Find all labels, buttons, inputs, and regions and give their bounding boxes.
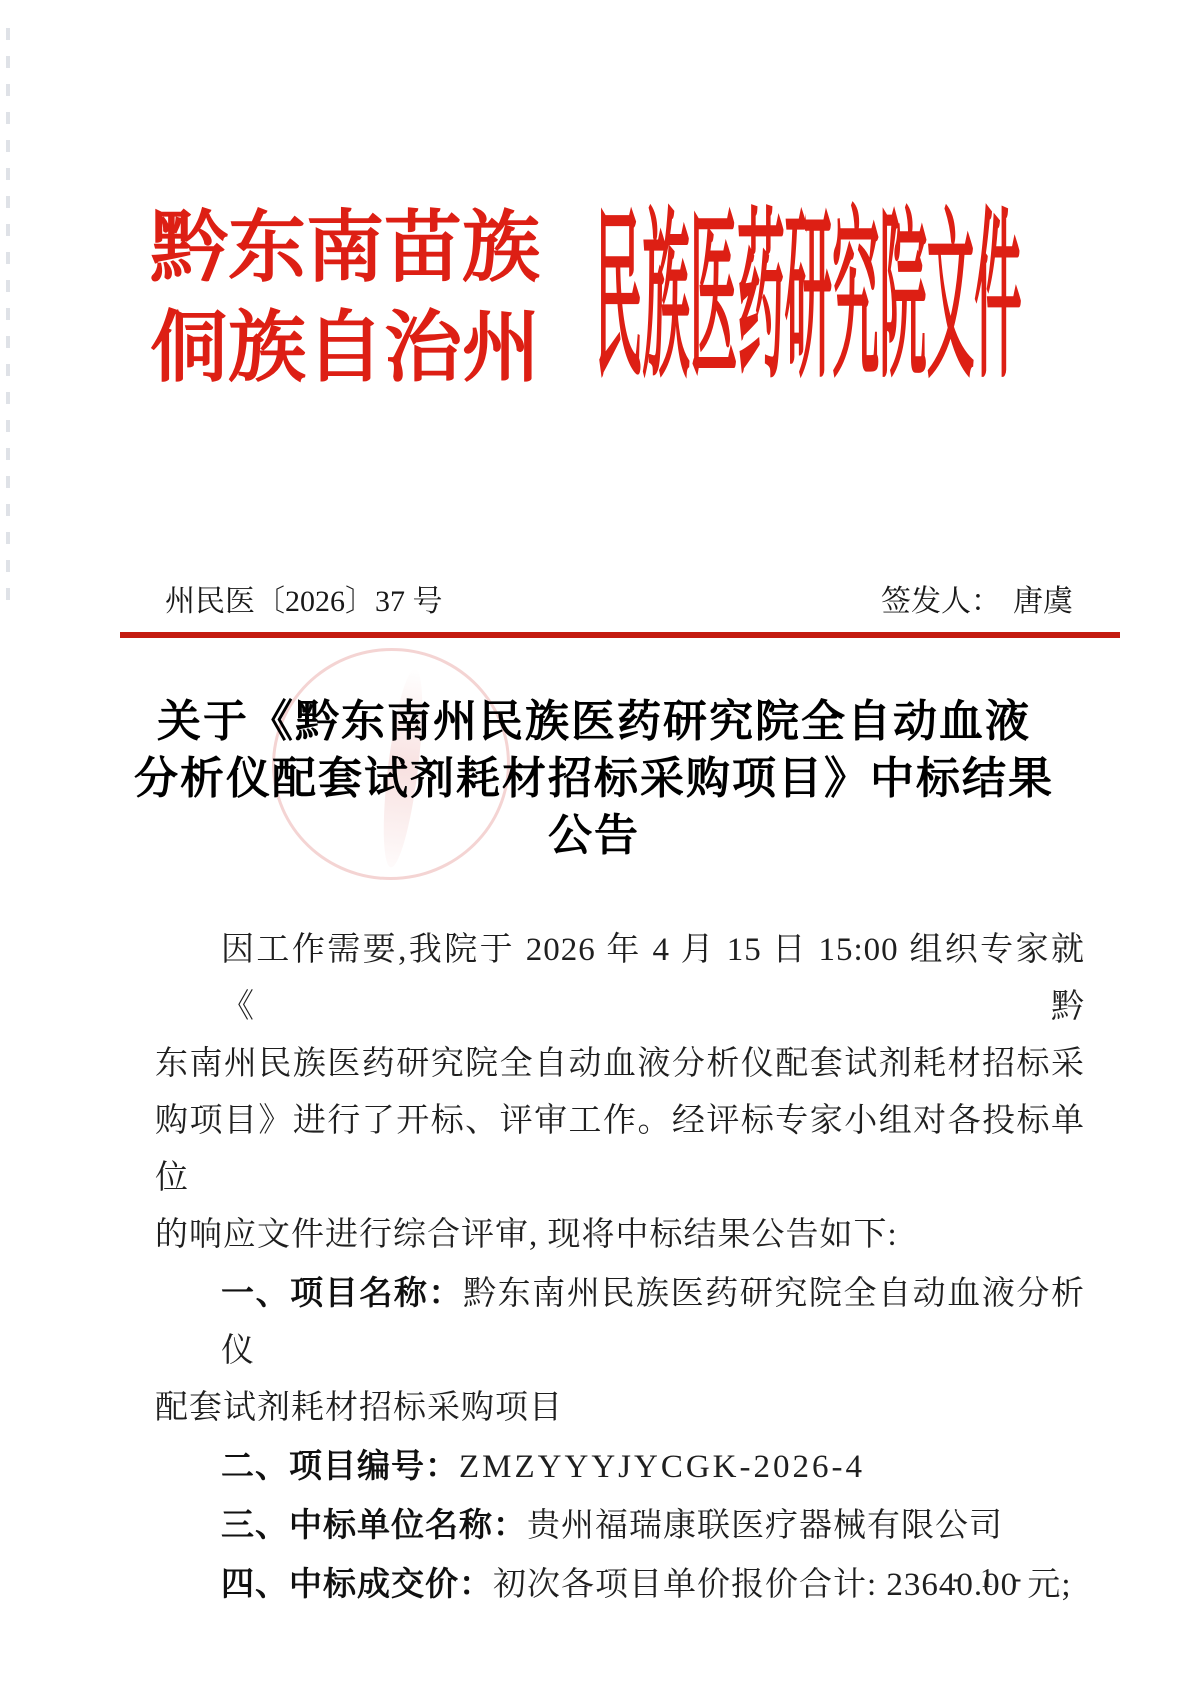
page-number: - 1 - <box>870 1563 1110 1594</box>
body-line: 购项目》进行了开标、评审工作。经评标专家小组对各投标单位 <box>155 1093 1085 1207</box>
body-line: 配套试剂耗材招标采购项目 <box>155 1380 1085 1437</box>
body-line: 的响应文件进行综合评审, 现将中标结果公告如下: <box>155 1207 1085 1264</box>
item-1-value-continued: 配套试剂耗材招标采购项目 <box>155 1390 563 1426</box>
scan-edge-artifact <box>6 28 10 613</box>
title-line3: 公告 <box>110 807 1078 864</box>
body-line-item-1: 一、项目名称：黔东南州民族医药研究院全自动血液分析仪 <box>155 1264 1085 1380</box>
body-line-item-2: 二、项目编号：ZMZYYYJYCGK-2026-4 <box>155 1437 1085 1496</box>
item-2-label: 二、项目编号： <box>221 1447 459 1484</box>
issuer-label: 签发人： <box>881 585 1001 618</box>
line-text: 因工作需要,我院于 2026 年 4 月 15 日 15:00 组织专家就《黔 <box>221 932 1085 1025</box>
item-3-label: 三、中标单位名称： <box>221 1506 527 1543</box>
letterhead-doc-word: 民族医药研究院文件 <box>595 207 1022 390</box>
doc-meta-row: 州民医〔2026〕37 号 签发人：唐虞 <box>165 585 1073 619</box>
issuer-name: 唐虞 <box>1013 585 1073 618</box>
body-line-item-3: 三、中标单位名称：贵州福瑞康联医疗器械有限公司 <box>155 1496 1085 1555</box>
doc-number: 州民医〔2026〕37 号 <box>165 585 443 619</box>
org-name-line1: 黔东南苗族 <box>150 198 540 298</box>
item-2-value: ZMZYYYJYCGK-2026-4 <box>459 1449 865 1485</box>
document-body: 因工作需要,我院于 2026 年 4 月 15 日 15:00 组织专家就《黔 … <box>155 922 1085 1614</box>
issuer: 签发人：唐虞 <box>881 585 1073 619</box>
item-3-value: 贵州福瑞康联医疗器械有限公司 <box>527 1508 1003 1544</box>
item-4-label: 四、中标成交价： <box>221 1565 493 1602</box>
line-text: 的响应文件进行综合评审, 现将中标结果公告如下: <box>155 1217 898 1253</box>
org-name-line2: 侗族自治州 <box>150 298 540 398</box>
letterhead-org-name: 黔东南苗族 侗族自治州 <box>150 198 540 398</box>
red-separator-line <box>120 632 1120 638</box>
item-1-label: 一、项目名称： <box>221 1274 463 1311</box>
body-line: 东南州民族医药研究院全自动血液分析仪配套试剂耗材招标采 <box>155 1036 1085 1093</box>
document-page: 黔东南苗族 侗族自治州 民族医药研究院文件 州民医〔2026〕37 号 签发人：… <box>0 0 1200 1699</box>
line-text: 购项目》进行了开标、评审工作。经评标专家小组对各投标单位 <box>155 1103 1085 1196</box>
body-line: 因工作需要,我院于 2026 年 4 月 15 日 15:00 组织专家就《黔 <box>155 922 1085 1036</box>
line-text: 东南州民族医药研究院全自动血液分析仪配套试剂耗材招标采 <box>155 1046 1085 1082</box>
title-line1: 关于《黔东南州民族医药研究院全自动血液 <box>110 693 1078 750</box>
title-line2: 分析仪配套试剂耗材招标采购项目》中标结果 <box>110 750 1078 807</box>
document-title: 关于《黔东南州民族医药研究院全自动血液 分析仪配套试剂耗材招标采购项目》中标结果… <box>110 693 1078 864</box>
